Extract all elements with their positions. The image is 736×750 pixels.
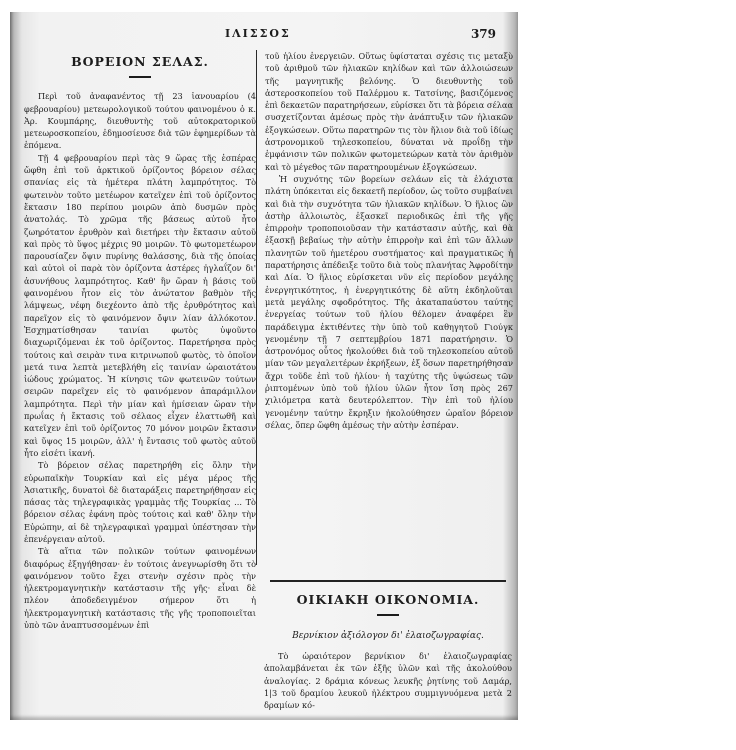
paragraph: Τῇ 4 φεβρουαρίου περὶ τὰς 9 ὥρας τῆς ἑσπ… — [24, 152, 256, 459]
section-divider-rule — [270, 580, 506, 582]
page-number: 379 — [471, 27, 496, 41]
running-head: ΙΛΙΣΣΟΣ 379 — [10, 27, 518, 43]
paragraph: Περὶ τοῦ ἀναφανέντος τῇ 23 ἰανουαρίου (4… — [24, 90, 256, 151]
paragraph: Τὰ αἴτια τῶν πολικῶν τούτων φαινομένων δ… — [24, 545, 256, 631]
right-column: τοῦ ἡλίου ἐνεργειῶν. Οὕτως ὑφίσταται σχέ… — [256, 50, 513, 565]
title-dash-divider — [129, 76, 151, 78]
paragraph: Ἡ συχνότης τῶν βορείων σελάων εἰς τὰ ἐλά… — [265, 173, 513, 431]
article-subtitle: Βερνίκιον ἀξιόλογον δι' ἐλαιοζωγραφίας. — [264, 630, 512, 642]
paragraph: Τὸ ὡραιότερον βερνίκιον δι' ἐλαιοζωγραφί… — [264, 650, 512, 711]
household-economy-section: ΟΙΚΙΑΚΗ ΟΙΚΟΝΟΜΙΑ. Βερνίκιον ἀξιόλογον δ… — [264, 572, 512, 712]
article-title-aurora: ΒΟΡΕΙΟΝ ΣΕΛΑΣ. — [24, 56, 256, 68]
periodical-title: ΙΛΙΣΣΟΣ — [225, 27, 291, 40]
paragraph: τοῦ ἡλίου ἐνεργειῶν. Οὕτως ὑφίσταται σχέ… — [265, 50, 513, 173]
paragraph: Τὸ βόρειον σέλας παρετηρήθη εἰς ὅλην τὴν… — [24, 459, 256, 545]
scanned-page: ΙΛΙΣΣΟΣ 379 ΒΟΡΕΙΟΝ ΣΕΛΑΣ. Περὶ τοῦ ἀναφ… — [10, 12, 518, 720]
article-title-household: ΟΙΚΙΑΚΗ ΟΙΚΟΝΟΜΙΑ. — [264, 594, 512, 606]
title-dash-divider — [377, 614, 399, 616]
left-column: ΒΟΡΕΙΟΝ ΣΕΛΑΣ. Περὶ τοῦ ἀναφανέντος τῇ 2… — [24, 56, 256, 631]
